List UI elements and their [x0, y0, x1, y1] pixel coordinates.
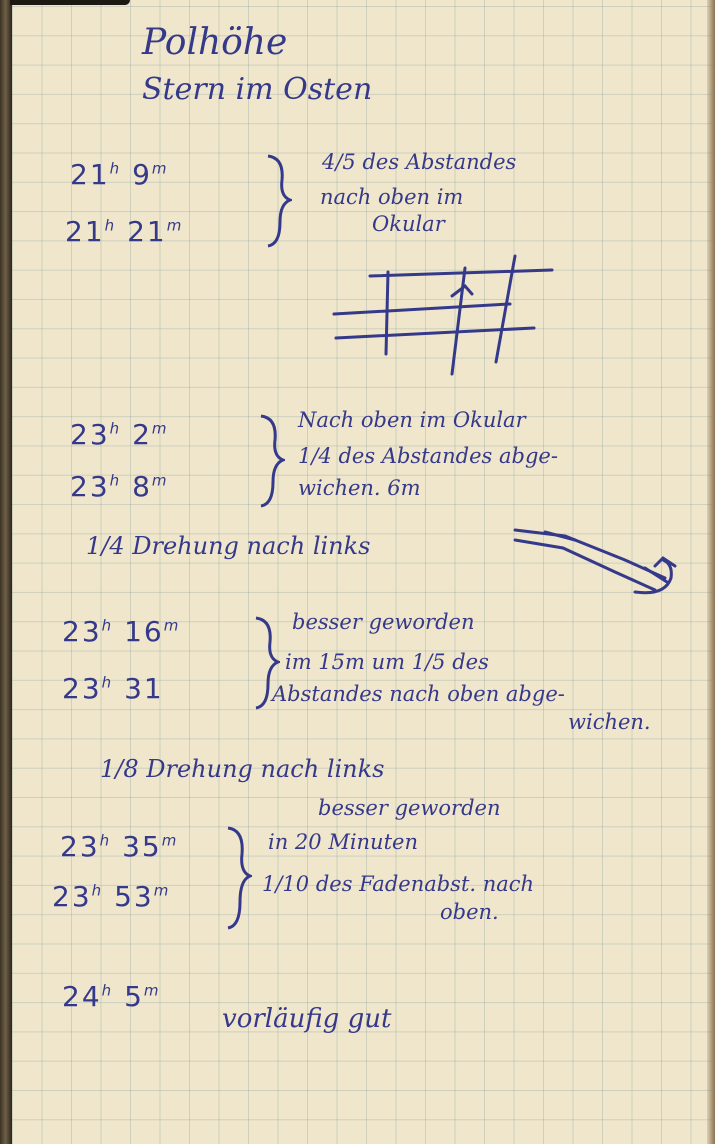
- time-entry: 23h 8m: [70, 470, 169, 503]
- time-entry: 23h 35m: [60, 830, 178, 863]
- note-line: wichen.: [568, 710, 651, 734]
- time-entry: 21h 21m: [65, 215, 183, 248]
- page-title: Polhöhe: [142, 22, 287, 63]
- reticle-arrow-up-icon: [320, 240, 580, 380]
- note-line: in 20 Minuten: [268, 830, 418, 854]
- note-line: wichen. 6m: [298, 476, 421, 500]
- time-entry: 23h 53m: [52, 880, 170, 913]
- time-entry: 23h 16m: [62, 615, 180, 648]
- page-right-edge: [707, 0, 715, 1144]
- note-line: besser geworden: [318, 796, 501, 820]
- note-line: Nach oben im Okular: [298, 408, 526, 432]
- note-line: Abstandes nach oben abge-: [272, 682, 565, 706]
- note-line: vorläufig gut: [222, 1004, 391, 1034]
- note-line: 4/5 des Abstandes: [322, 150, 516, 174]
- notebook-binding: [0, 0, 12, 1144]
- notebook-page: Polhöhe Stern im Osten 21h 9m 21h 21m 4/…: [0, 0, 715, 1144]
- time-entry: 23h 2m: [70, 418, 169, 451]
- time-entry: 24h 5m: [62, 980, 161, 1013]
- brace-icon: [255, 410, 285, 510]
- instruction-line: 1/4 Drehung nach links: [86, 532, 371, 560]
- time-entry: 21h 9m: [70, 158, 169, 191]
- note-line: besser geworden: [292, 610, 475, 634]
- note-line: Okular: [372, 212, 445, 236]
- note-line: nach oben im: [320, 185, 463, 209]
- note-line: im 15m um 1/5 des: [285, 650, 489, 674]
- time-entry: 23h 31: [62, 672, 164, 705]
- page-top-edge: [10, 0, 130, 5]
- note-line: 1/4 des Abstandes abge-: [298, 444, 558, 468]
- note-line: oben.: [440, 900, 499, 924]
- brace-icon: [262, 150, 292, 250]
- page-subtitle: Stern im Osten: [142, 72, 372, 107]
- turn-screw-arrow-icon: [505, 520, 695, 600]
- brace-icon: [222, 822, 252, 932]
- note-line: 1/10 des Fadenabst. nach: [262, 872, 534, 896]
- instruction-line: 1/8 Drehung nach links: [100, 755, 385, 783]
